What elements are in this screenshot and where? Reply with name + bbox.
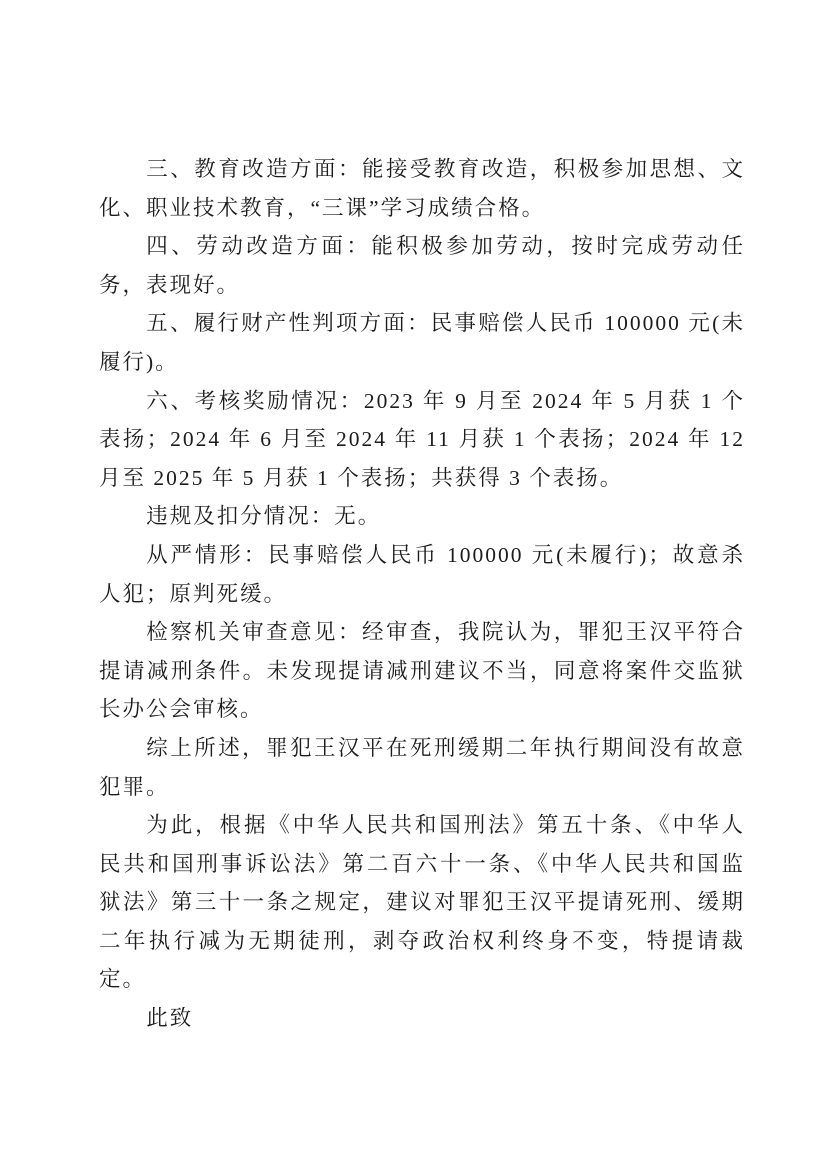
para-strict-factors: 从严情形：民事赔偿人民币 100000 元(未履行)；故意杀人犯；原判死缓。 [99, 536, 745, 613]
para-education-reform: 三、教育改造方面：能接受教育改造，积极参加思想、文化、职业技术教育，“三课”学习… [99, 150, 745, 227]
document-page: 三、教育改造方面：能接受教育改造，积极参加思想、文化、职业技术教育，“三课”学习… [0, 0, 827, 1169]
para-property-judgment: 五、履行财产性判项方面：民事赔偿人民币 100000 元(未履行)。 [99, 304, 745, 381]
para-legal-basis: 为此，根据《中华人民共和国刑法》第五十条、《中华人民共和国刑事诉讼法》第二百六十… [99, 806, 745, 999]
document-body: 三、教育改造方面：能接受教育改造，积极参加思想、文化、职业技术教育，“三课”学习… [99, 150, 745, 1038]
para-assessment-rewards: 六、考核奖励情况：2023 年 9 月至 2024 年 5 月获 1 个表扬；2… [99, 382, 745, 498]
para-procuratorate-opinion: 检察机关审查意见：经审查，我院认为，罪犯王汉平符合提请减刑条件。未发现提请减刑建… [99, 613, 745, 729]
para-closing-cizhi: 此致 [99, 999, 745, 1038]
para-labor-reform: 四、劳动改造方面：能积极参加劳动，按时完成劳动任务，表现好。 [99, 227, 745, 304]
para-conclusion: 综上所述，罪犯王汉平在死刑缓期二年执行期间没有故意犯罪。 [99, 729, 745, 806]
para-violations: 违规及扣分情况：无。 [99, 497, 745, 536]
